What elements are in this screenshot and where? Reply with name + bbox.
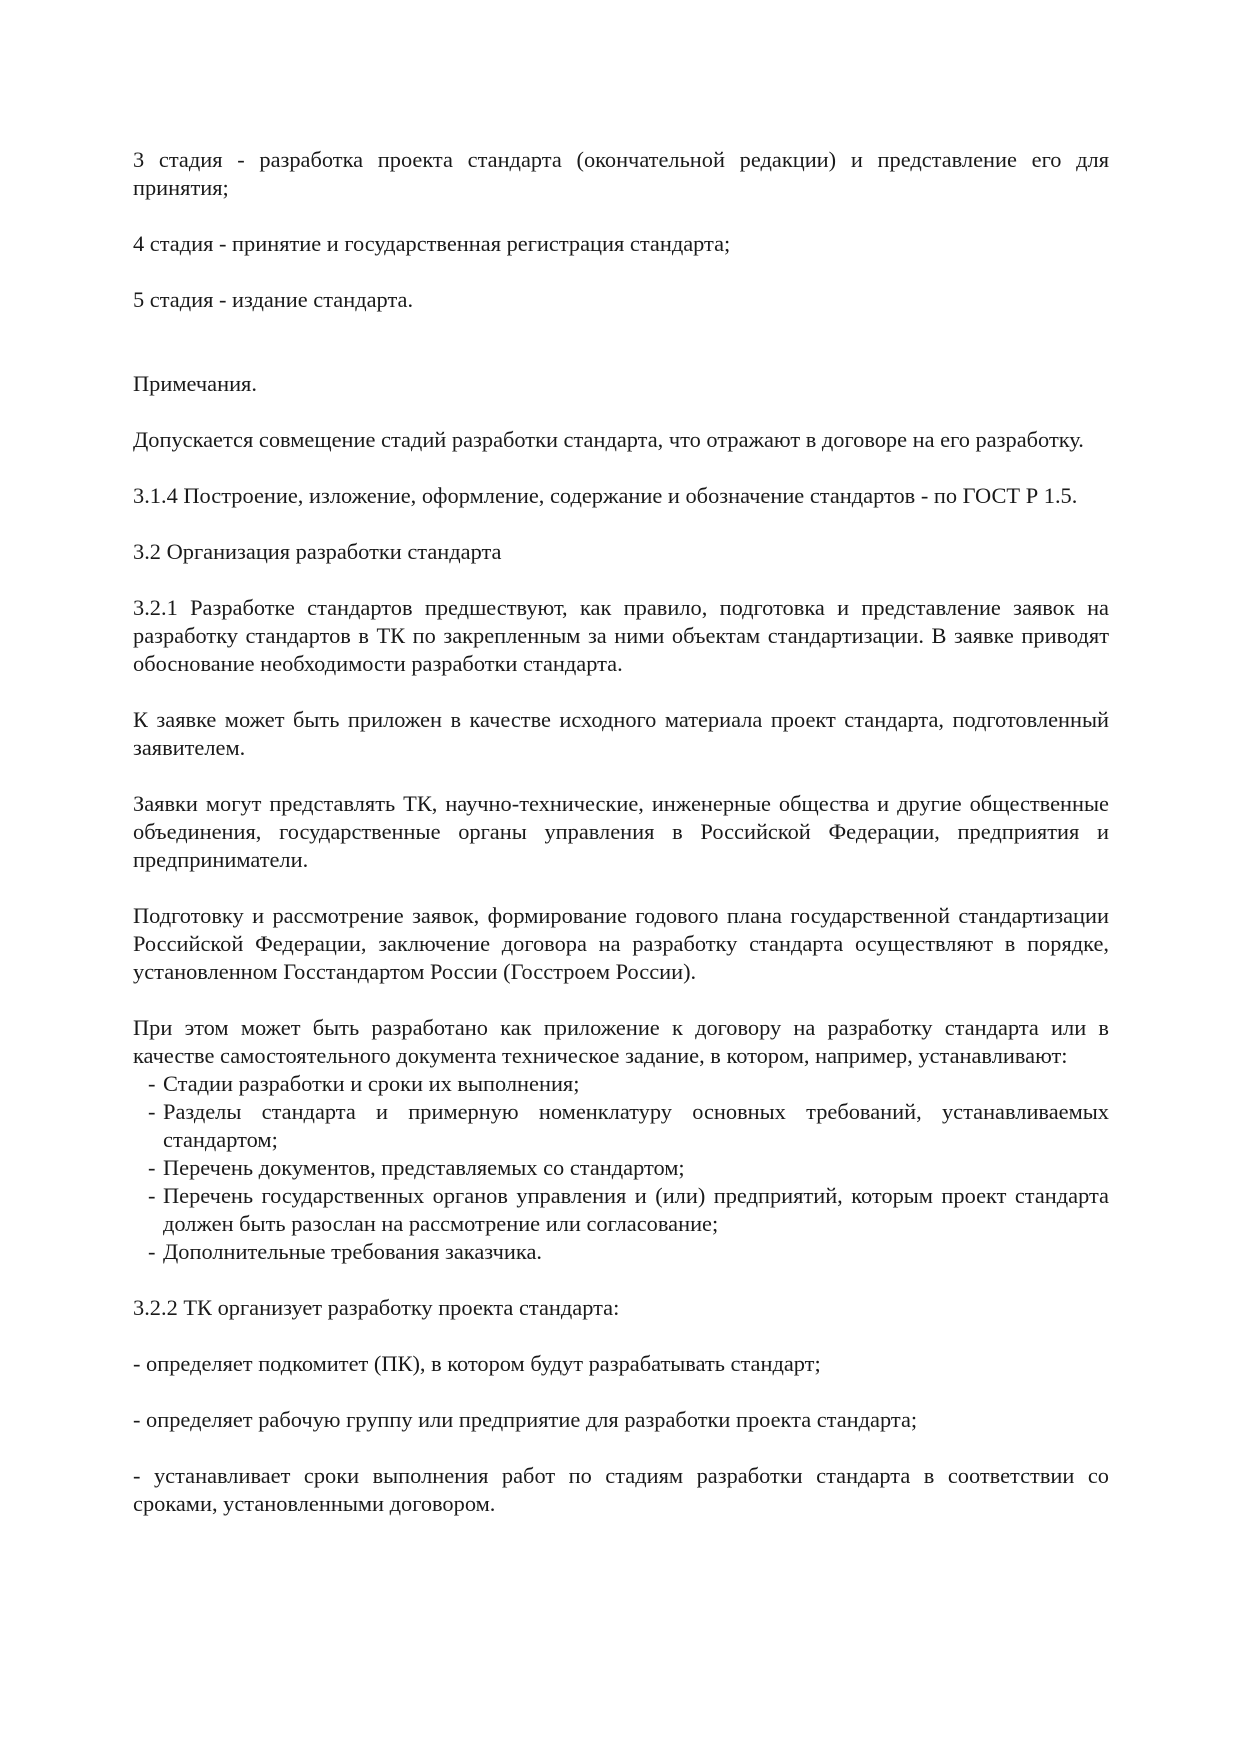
dash-bullet: - [148,1098,155,1126]
paragraph-stage-5: 5 стадия - издание стандарта. [133,286,1109,314]
document-page: 3 стадия - разработка проекта стандарта … [133,146,1109,1546]
paragraph-technical-task: При этом может быть разработано как прил… [133,1014,1109,1070]
list-item: -Перечень государственных органов управл… [133,1182,1109,1238]
list-item: -Разделы стандарта и примерную номенклат… [133,1098,1109,1154]
paragraph-subcommittee: - определяет подкомитет (ПК), в котором … [133,1350,1109,1378]
dash-bullet: - [148,1154,155,1182]
paragraph-application-attachment: К заявке может быть приложен в качестве … [133,706,1109,762]
dash-bullet: - [148,1182,155,1210]
notes-heading: Примечания. [133,370,1109,398]
list-item: -Стадии разработки и сроки их выполнения… [133,1070,1109,1098]
paragraph-applicants: Заявки могут представлять ТК, научно-тех… [133,790,1109,874]
list-item: -Дополнительные требования заказчика. [133,1238,1109,1266]
technical-task-list: -Стадии разработки и сроки их выполнения… [133,1070,1109,1266]
paragraph-procedure: Подготовку и рассмотрение заявок, формир… [133,902,1109,986]
paragraph-3-2-2: 3.2.2 ТК организует разработку проекта с… [133,1294,1109,1322]
paragraph-stage-4: 4 стадия - принятие и государственная ре… [133,230,1109,258]
dash-bullet: - [148,1238,155,1266]
paragraph-3-1-4: 3.1.4 Построение, изложение, оформление,… [133,482,1109,510]
paragraph-3-2-1: 3.2.1 Разработке стандартов предшествуют… [133,594,1109,678]
paragraph-deadlines: - устанавливает сроки выполнения работ п… [133,1462,1109,1518]
paragraph-stage-3: 3 стадия - разработка проекта стандарта … [133,146,1109,202]
paragraph-working-group: - определяет рабочую группу или предприя… [133,1406,1109,1434]
section-heading-3-2: 3.2 Организация разработки стандарта [133,538,1109,566]
paragraph-note: Допускается совмещение стадий разработки… [133,426,1109,454]
list-item: -Перечень документов, представляемых со … [133,1154,1109,1182]
dash-bullet: - [148,1070,155,1098]
